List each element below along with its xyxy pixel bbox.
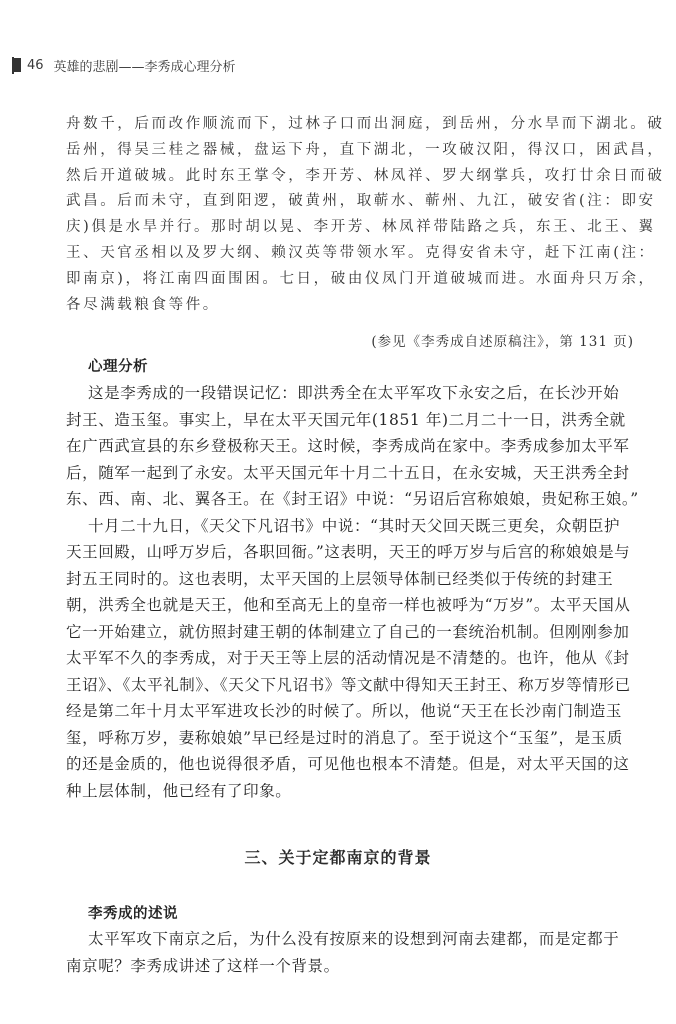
body-line: 后，随军一起到了永安。太平天国元年十月二十五日，在永安城，天王洪秀全封 [66, 460, 636, 487]
quote-line: 舟数千，后而改作顺流而下，过林子口而出洞庭，到岳州，分水旱而下湖北。破 [66, 112, 634, 138]
body-line: 王诏》、《太平礼制》、《天父下凡诏书》等文献中得知天王封王、称万岁等情形已 [66, 672, 636, 699]
quote-line: 然后开道破城。此时东王掌令，李开芳、林凤祥、罗大纲掌兵，攻打廿余日而破 [66, 164, 634, 190]
narration-body: 太平军攻下南京之后，为什么没有按原来的设想到河南去建都，而是定都于 南京呢？李秀… [66, 926, 636, 979]
section-title: 三、关于定都南京的背景 [0, 845, 676, 868]
body-line: 的还是金质的，他也说得很矛盾，可见他也根本不清楚。但是，对太平天国的这 [66, 751, 636, 778]
page-number: 46 [27, 58, 44, 73]
quote-block: 舟数千，后而改作顺流而下，过林子口而出洞庭，到岳州，分水旱而下湖北。破 岳州，得… [86, 112, 634, 318]
body-line: 种上层体制，他已经有了印象。 [66, 778, 636, 805]
body-line: 经是第二年十月太平军进攻长沙的时候了。所以，他说“天王在长沙南门制造玉 [66, 698, 636, 725]
quote-line: 王、天官丞相以及罗大纲、赖汉英等带领水军。克得安省未守，赶下江南(注： [66, 241, 634, 267]
running-header: 46 英雄的悲剧——李秀成心理分析 [12, 56, 236, 74]
body-line: 玺，呼称万岁，妻称娘娘”早已经是过时的消息了。至于说这个“玉玺”，是玉质 [66, 725, 636, 752]
header-flag-icon [12, 58, 21, 72]
body-line: 天王回殿，山呼万岁后，各职回衙。”这表明，天王的呼万岁与后宫的称娘娘是与 [66, 539, 636, 566]
body-line: 封王、造玉玺。事实上，早在太平天国元年(1851 年)二月二十一日，洪秀全就 [66, 407, 636, 434]
body-line: 它一开始建立，就仿照封建王朝的体制建立了自己的一套统治机制。但刚刚参加 [66, 619, 636, 646]
subheading-li-narration: 李秀成的述说 [88, 902, 178, 923]
body-line: 太平军不久的李秀成，对于天王等上层的活动情况是不清楚的。也许，他从《封 [66, 645, 636, 672]
citation: (参见《李秀成自述原稿注》，第 131 页) [371, 330, 634, 350]
body-line: 太平军攻下南京之后，为什么没有按原来的设想到河南去建都，而是定都于 [66, 926, 636, 953]
quote-line: 庆)俱是水旱并行。那时胡以晃、李开芳、林凤祥带陆路之兵，东王、北王、翼 [66, 215, 634, 241]
body-line: 东、西、南、北、翼各王。在《封王诏》中说：“另诏后宫称娘娘，贵妃称王娘。” [66, 486, 636, 513]
quote-line: 武昌。后而未守，直到阳逻，破黄州，取蕲水、蕲州、九江，破安省(注：即安 [66, 189, 634, 215]
body-line: 封五王同时的。这也表明，太平天国的上层领导体制已经类似于传统的封建王 [66, 566, 636, 593]
quote-line: 即南京)，将江南四面围困。七日，破由仪凤门开道破城而进。水面舟只万余， [66, 267, 634, 293]
subheading-psych-analysis: 心理分析 [88, 355, 148, 376]
quote-line: 各尽满载粮食等件。 [66, 293, 634, 319]
body-line: 南京呢？李秀成讲述了这样一个背景。 [66, 953, 636, 980]
analysis-body: 这是李秀成的一段错误记忆：即洪秀全在太平军攻下永安之后，在长沙开始 封王、造玉玺… [66, 380, 636, 804]
book-title: 英雄的悲剧——李秀成心理分析 [54, 56, 236, 75]
body-line: 朝，洪秀全也就是天王，他和至高无上的皇帝一样也被呼为“万岁”。太平天国从 [66, 592, 636, 619]
body-line: 在广西武宣县的东乡登极称天王。这时候，李秀成尚在家中。李秀成参加太平军 [66, 433, 636, 460]
quote-line: 岳州，得吴三桂之器械，盘运下舟，直下湖北，一攻破汉阳，得汉口，困武昌， [66, 138, 634, 164]
body-line: 这是李秀成的一段错误记忆：即洪秀全在太平军攻下永安之后，在长沙开始 [66, 380, 636, 407]
body-line: 十月二十九日，《天父下凡诏书》中说：“其时天父回天既三更矣，众朝臣护 [66, 513, 636, 540]
